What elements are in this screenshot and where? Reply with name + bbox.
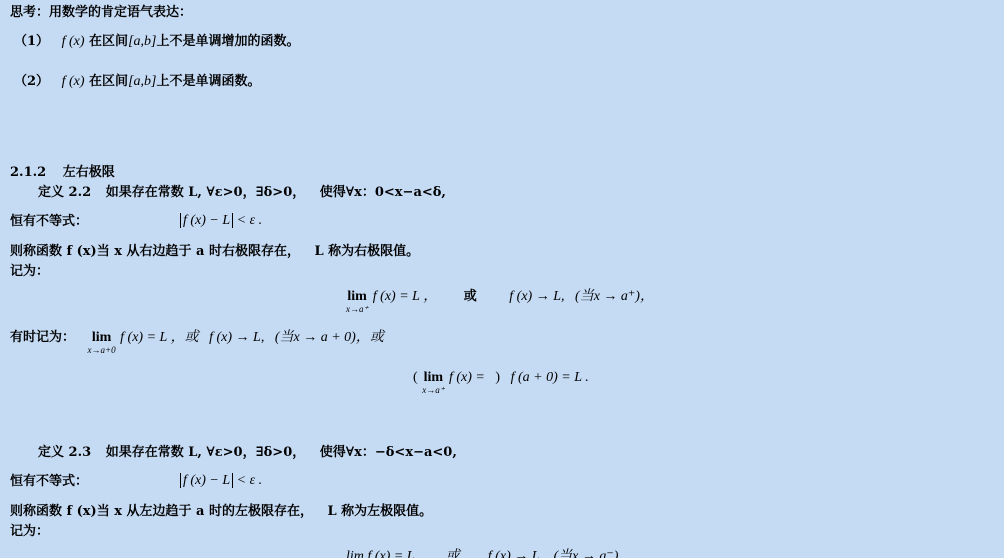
abs-expression: f (x) − L xyxy=(180,473,233,488)
think-title: 思考：用数学的肯定语气表达： xyxy=(10,5,192,21)
lim-subscript: x→a⁺ xyxy=(422,386,444,395)
formula-main: f (x) = L ， xyxy=(373,289,437,304)
inequality-label: 恒有不等式： xyxy=(10,214,88,229)
paren-close: ) xyxy=(495,370,500,385)
epsilon-bound: < ε . xyxy=(237,473,262,488)
definition-text: 如果存在常数 L, ∀ε>0，∃δ>0， xyxy=(106,445,306,460)
function-expr: f (x) xyxy=(62,74,85,89)
definition-2-2: 定义 2.2 如果存在常数 L, ∀ε>0，∃δ>0， 使得∀x：0<x−a<δ… xyxy=(38,185,446,201)
definition-text: 如果存在常数 L, ∀ε>0，∃δ>0， xyxy=(106,185,306,200)
conclusion-text: 则称函数 f (x)当 x 从左边趋于 a 时的左极限存在， xyxy=(10,504,313,519)
record-label: 记为： xyxy=(10,524,49,540)
formula-main: f (x) = xyxy=(449,370,485,385)
interval-expr: [a,b] xyxy=(128,34,156,49)
abs-expression: f (x) − L xyxy=(180,213,233,228)
conclusion-text-2: L 称为左极限值。 xyxy=(328,504,433,519)
formula-tail: f (a + 0) = L . xyxy=(511,370,589,385)
think-item-1: （1） f (x) 在区间[a,b]上不是单调增加的函数。 xyxy=(14,34,299,50)
inequality-expr: f (x) − L < ε . xyxy=(180,473,262,489)
definition-condition: 使得∀x：−δ<x−a<0, xyxy=(320,445,457,460)
definition-label: 定义 2.2 xyxy=(38,185,91,200)
conclusion-text: 则称函数 f (x)当 x 从右边趋于 a 时右极限存在， xyxy=(10,244,300,259)
inequality-label: 恒有不等式： xyxy=(10,474,88,489)
epsilon-bound: < ε . xyxy=(237,213,262,228)
limit-operator: lim x→a+0 xyxy=(88,330,116,355)
conclusion-text-2: L 称为右极限值。 xyxy=(315,244,420,259)
item-number: （2） xyxy=(14,74,49,89)
item-number: （1） xyxy=(14,34,49,49)
definition-label: 定义 2.3 xyxy=(38,445,91,460)
formula-main: f (x) = L ，或 xyxy=(120,330,198,345)
definition-2-3: 定义 2.3 如果存在常数 L, ∀ε>0，∃δ>0， 使得∀x：−δ<x−a<… xyxy=(38,445,457,461)
formula-when: (当x → a + 0)，或 xyxy=(275,330,384,345)
limit-operator: lim x→a⁺ xyxy=(422,370,444,395)
alt-notation-line: 有时记为： lim x→a+0 f (x) = L ，或 f (x) → L, … xyxy=(10,330,384,355)
inequality-line: 恒有不等式： xyxy=(10,474,88,490)
definition-condition: 使得∀x：0<x−a<δ, xyxy=(320,185,446,200)
item-text: 在区间 xyxy=(89,34,128,49)
lim-text: lim xyxy=(346,289,368,305)
lim-subscript: x→a+0 xyxy=(88,346,116,355)
left-limit-formula-cut: lim f (x) = L ， 或 f (x) → L, (当x → a⁻) xyxy=(346,549,618,558)
sometimes-label: 有时记为： xyxy=(10,330,75,345)
function-expr: f (x) xyxy=(62,34,85,49)
think-item-2: （2） f (x) 在区间[a,b]上不是单调函数。 xyxy=(14,74,260,90)
item-text: 在区间 xyxy=(89,74,128,89)
item-text: 上不是单调增加的函数。 xyxy=(156,34,299,49)
lim-text: lim xyxy=(422,370,444,386)
formula-alt: f (x) → L, xyxy=(509,289,564,304)
inequality-line: 恒有不等式： xyxy=(10,214,88,230)
inequality-expr: f (x) − L < ε . xyxy=(180,213,262,229)
limit-operator: lim x→a⁺ xyxy=(346,289,368,314)
paren-open: ( xyxy=(413,370,418,385)
right-limit-conclusion: 则称函数 f (x)当 x 从右边趋于 a 时右极限存在， L 称为右极限值。 xyxy=(10,244,419,260)
section-title: 左右极限 xyxy=(63,165,115,180)
section-heading: 2.1.2 左右极限 xyxy=(10,165,115,181)
section-number: 2.1.2 xyxy=(10,165,46,180)
item-text: 上不是单调函数。 xyxy=(156,74,260,89)
interval-expr: [a,b] xyxy=(128,74,156,89)
lim-subscript: x→a⁺ xyxy=(346,305,368,314)
left-limit-conclusion: 则称函数 f (x)当 x 从左边趋于 a 时的左极限存在， L 称为左极限值。 xyxy=(10,504,432,520)
or-text: 或 xyxy=(464,289,477,304)
lim-text: lim xyxy=(88,330,116,346)
formula-alt: f (x) → L, xyxy=(209,330,264,345)
formula-when: (当x → a⁺)， xyxy=(575,289,654,304)
right-limit-formula: lim x→a⁺ f (x) = L ， 或 f (x) → L, (当x → … xyxy=(346,289,654,314)
record-label: 记为： xyxy=(10,264,49,280)
paren-notation-line: ( lim x→a⁺ f (x) = ) f (a + 0) = L . xyxy=(413,370,589,395)
